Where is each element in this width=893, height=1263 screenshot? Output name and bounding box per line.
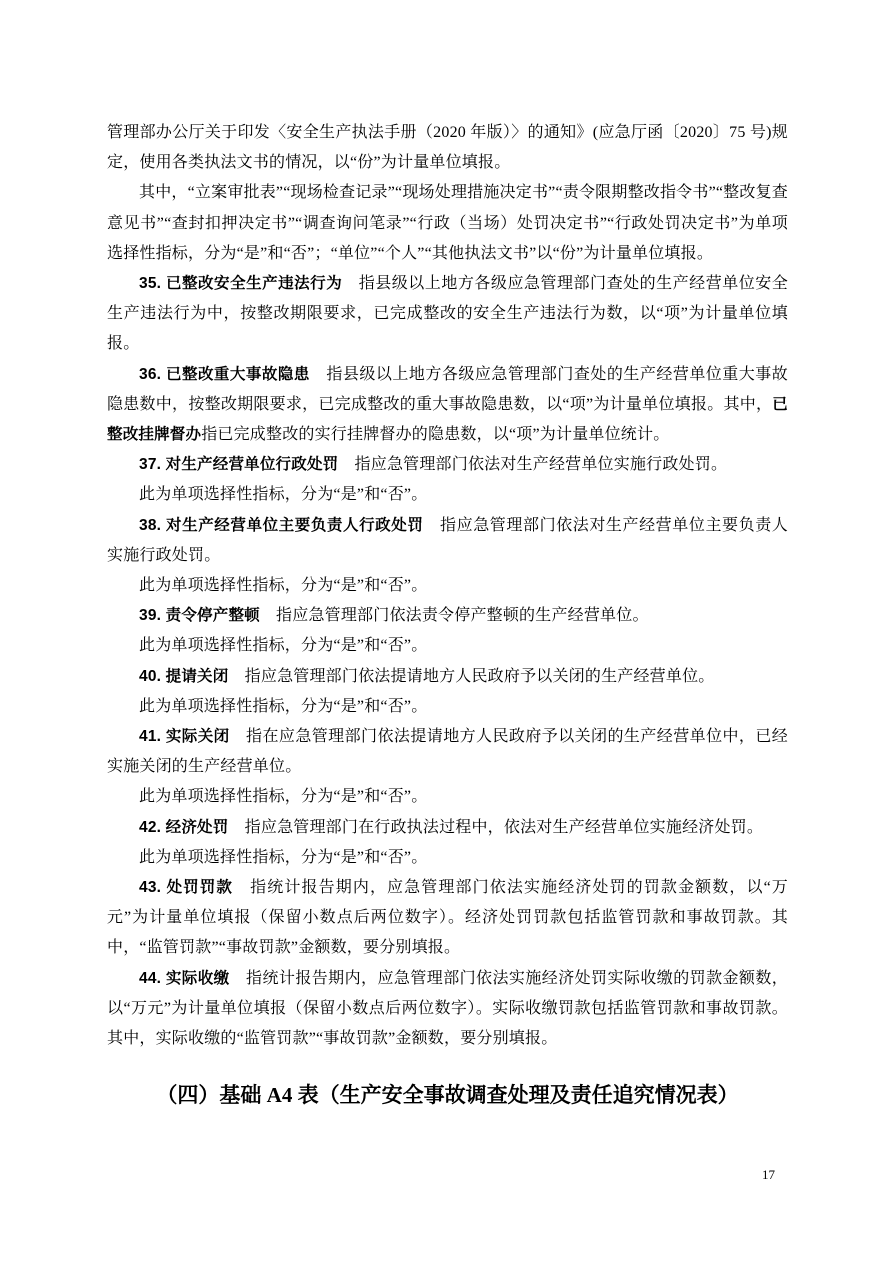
paragraph: 37. 对生产经营单位行政处罚 指应急管理部门依法对生产经营单位实施行政处罚。 [107,450,788,480]
text-run: 指应急管理部门依法责令停产整顿的生产经营单位。 [260,607,649,624]
text-run: 此为单项选择性指标，分为“是”和“否”。 [139,698,427,715]
section-heading: （四）基础 A4 表（生产安全事故调查处理及责任追究情况表） [107,1078,788,1112]
paragraph: 此为单项选择性指标，分为“是”和“否”。 [107,782,788,812]
term-bold: 44. 实际收缴 [139,970,230,987]
text-run: 此为单项选择性指标，分为“是”和“否”。 [139,486,427,503]
page-number: 17 [762,1167,775,1183]
text-run: 指应急管理部门依法对生产经营单位实施行政处罚。 [338,456,727,473]
term-bold: 40. 提请关闭 [139,668,228,685]
text-run: 此为单项选择性指标，分为“是”和“否”。 [139,788,427,805]
term-bold: 39. 责令停产整顿 [139,607,260,624]
term-bold: 43. 处罚罚款 [139,879,233,896]
paragraph: 41. 实际关闭 指在应急管理部门依法提请地方人民政府予以关闭的生产经营单位中，… [107,722,788,782]
paragraph: 此为单项选择性指标，分为“是”和“否”。 [107,631,788,661]
text-run: 此为单项选择性指标，分为“是”和“否”。 [139,637,427,654]
paragraph: 此为单项选择性指标，分为“是”和“否”。 [107,692,788,722]
term-bold: 42. 经济处罚 [139,819,228,836]
paragraph: 此为单项选择性指标，分为“是”和“否”。 [107,571,788,601]
term-bold: 37. 对生产经营单位行政处罚 [139,456,338,473]
text-run: 指应急管理部门依法提请地方人民政府予以关闭的生产经营单位。 [228,668,714,685]
paragraph: 40. 提请关闭 指应急管理部门依法提请地方人民政府予以关闭的生产经营单位。 [107,662,788,692]
text-run: 此为单项选择性指标，分为“是”和“否”。 [139,849,427,866]
text-run: 指已完成整改的实行挂牌督办的隐患数，以“项”为计量单位统计。 [201,426,669,443]
paragraph: 38. 对生产经营单位主要负责人行政处罚 指应急管理部门依法对生产经营单位主要负… [107,511,788,571]
paragraph: 43. 处罚罚款 指统计报告期内，应急管理部门依法实施经济处罚的罚款金额数，以“… [107,873,788,964]
text-run: 指应急管理部门在行政执法过程中，依法对生产经营单位实施经济处罚。 [228,819,763,836]
paragraph: 其中，“立案审批表”“现场检查记录”“现场处理措施决定书”“责令限期整改指令书”… [107,178,788,269]
term-bold: 35. 已整改安全生产违法行为 [139,275,342,292]
paragraph: 管理部办公厅关于印发〈安全生产执法手册（2020 年版）〉的通知》(应急厅函〔2… [107,118,788,178]
paragraph: 39. 责令停产整顿 指应急管理部门依法责令停产整顿的生产经营单位。 [107,601,788,631]
paragraph: 35. 已整改安全生产违法行为 指县级以上地方各级应急管理部门查处的生产经营单位… [107,269,788,360]
text-run: 此为单项选择性指标，分为“是”和“否”。 [139,577,427,594]
paragraph: 42. 经济处罚 指应急管理部门在行政执法过程中，依法对生产经营单位实施经济处罚… [107,813,788,843]
document-content: 管理部办公厅关于印发〈安全生产执法手册（2020 年版）〉的通知》(应急厅函〔2… [107,118,788,1112]
term-bold: 38. 对生产经营单位主要负责人行政处罚 [139,517,423,534]
paragraph: 36. 已整改重大事故隐患 指县级以上地方各级应急管理部门查处的生产经营单位重大… [107,360,788,451]
paragraph: 此为单项选择性指标，分为“是”和“否”。 [107,480,788,510]
text-run: 其中，“立案审批表”“现场检查记录”“现场处理措施决定书”“责令限期整改指令书”… [107,184,788,261]
document-body: 管理部办公厅关于印发〈安全生产执法手册（2020 年版）〉的通知》(应急厅函〔2… [107,118,788,1054]
paragraph: 此为单项选择性指标，分为“是”和“否”。 [107,843,788,873]
term-bold: 36. 已整改重大事故隐患 [139,366,310,383]
document-page: 管理部办公厅关于印发〈安全生产执法手册（2020 年版）〉的通知》(应急厅函〔2… [0,0,893,1263]
text-run: 管理部办公厅关于印发〈安全生产执法手册（2020 年版）〉的通知》(应急厅函〔2… [107,124,788,171]
paragraph: 44. 实际收缴 指统计报告期内，应急管理部门依法实施经济处罚实际收缴的罚款金额… [107,964,788,1055]
term-bold: 41. 实际关闭 [139,728,230,745]
